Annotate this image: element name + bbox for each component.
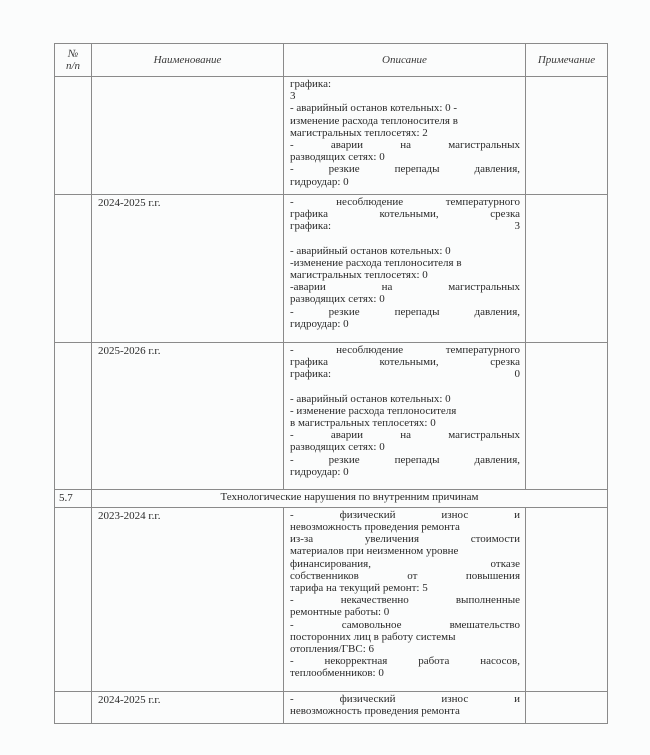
header-note: Примечание — [526, 44, 608, 77]
description-line: гидроудар: 0 — [290, 318, 520, 330]
table-row: 2023-2024 г.г.- физический износ иневозм… — [55, 507, 608, 691]
description-line: магистральных теплосетях: 0 — [290, 269, 520, 281]
table-row: 2024-2025 г.г.- несоблюдение температурн… — [55, 194, 608, 342]
row-number — [55, 194, 92, 342]
description-line: графика: 0 — [290, 368, 520, 380]
description-line — [290, 380, 520, 392]
description-line: невозможность проведения ремонта — [290, 705, 520, 717]
description-line: из-за увеличения стоимости — [290, 533, 520, 545]
description-line: финансирования, отказе — [290, 558, 520, 570]
table-row: 2024-2025 г.г.- физический износ иневозм… — [55, 691, 608, 723]
description-line: отопления/ГВС: 6 — [290, 643, 520, 655]
description-line: - резкие перепады давления, — [290, 306, 520, 318]
row-note — [526, 342, 608, 489]
description-line: -изменение расхода теплоносителя в — [290, 257, 520, 269]
description-line: 3 — [290, 90, 520, 102]
description-line: графика: 3 — [290, 220, 520, 232]
row-description: - физический износ иневозможность провед… — [284, 691, 526, 723]
header-name: Наименование — [92, 44, 284, 77]
description-line: - некачественно выполненные — [290, 594, 520, 606]
description-line: гидроудар: 0 — [290, 176, 520, 188]
row-period: 2024-2025 г.г. — [92, 691, 284, 723]
description-line: - физический износ и — [290, 509, 520, 521]
row-description: - физический износ иневозможность провед… — [284, 507, 526, 691]
description-line: - аварийный останов котельных: 0 — [290, 393, 520, 405]
row-description: графика:3- аварийный останов котельных: … — [284, 77, 526, 195]
description-line: - самовольное вмешательство — [290, 619, 520, 631]
description-line: тарифа на текущий ремонт: 5 — [290, 582, 520, 594]
description-line: в магистральных теплосетях: 0 — [290, 417, 520, 429]
row-number — [55, 691, 92, 723]
description-line: магистральных теплосетях: 2 — [290, 127, 520, 139]
table-header-row: №п/п Наименование Описание Примечание — [55, 44, 608, 77]
section-number: 5.7 — [55, 489, 92, 507]
row-number — [55, 77, 92, 195]
row-period — [92, 77, 284, 195]
document-page: №п/п Наименование Описание Примечание гр… — [0, 0, 650, 755]
description-line: изменение расхода теплоносителя в — [290, 115, 520, 127]
description-line: - резкие перепады давления, — [290, 454, 520, 466]
description-line: - аварийный останов котельных: 0 - — [290, 102, 520, 114]
section-row: 5.7Технологические нарушения по внутренн… — [55, 489, 608, 507]
section-title: Технологические нарушения по внутренним … — [92, 489, 608, 507]
description-line: - аварийный останов котельных: 0 — [290, 245, 520, 257]
description-line: графика: — [290, 78, 520, 90]
header-description: Описание — [284, 44, 526, 77]
row-period: 2025-2026 г.г. — [92, 342, 284, 489]
row-period: 2023-2024 г.г. — [92, 507, 284, 691]
description-line: разводящих сетях: 0 — [290, 151, 520, 163]
description-line: - несоблюдение температурного — [290, 344, 520, 356]
row-note — [526, 691, 608, 723]
description-line: ремонтные работы: 0 — [290, 606, 520, 618]
description-line: - аварии на магистральных — [290, 429, 520, 441]
description-line: -аварии на магистральных — [290, 281, 520, 293]
description-line: - несоблюдение температурного — [290, 196, 520, 208]
table-row: графика:3- аварийный останов котельных: … — [55, 77, 608, 195]
row-note — [526, 77, 608, 195]
description-line — [290, 232, 520, 244]
description-line: - изменение расхода теплоносителя — [290, 405, 520, 417]
row-description: - несоблюдение температурногографика кот… — [284, 194, 526, 342]
description-line: - резкие перепады давления, — [290, 163, 520, 175]
row-note — [526, 507, 608, 691]
description-line: - некорректная работа насосов, — [290, 655, 520, 667]
description-line: - аварии на магистральных — [290, 139, 520, 151]
description-line: графика котельными, срезка — [290, 356, 520, 368]
description-line: материалов при неизменном уровне — [290, 545, 520, 557]
row-description: - несоблюдение температурногографика кот… — [284, 342, 526, 489]
description-line: теплообменников: 0 — [290, 667, 520, 679]
description-line: гидроудар: 0 — [290, 466, 520, 478]
description-line: разводящих сетях: 0 — [290, 293, 520, 305]
description-line: разводящих сетях: 0 — [290, 441, 520, 453]
description-line: посторонних лиц в работу системы — [290, 631, 520, 643]
row-period: 2024-2025 г.г. — [92, 194, 284, 342]
row-number — [55, 507, 92, 691]
row-note — [526, 194, 608, 342]
header-num: №п/п — [55, 44, 92, 77]
description-line: собственников от повышения — [290, 570, 520, 582]
description-line: графика котельными, срезка — [290, 208, 520, 220]
description-line: - физический износ и — [290, 693, 520, 705]
row-number — [55, 342, 92, 489]
description-line: невозможность проведения ремонта — [290, 521, 520, 533]
incidents-table: №п/п Наименование Описание Примечание гр… — [54, 43, 608, 724]
table-row: 2025-2026 г.г.- несоблюдение температурн… — [55, 342, 608, 489]
